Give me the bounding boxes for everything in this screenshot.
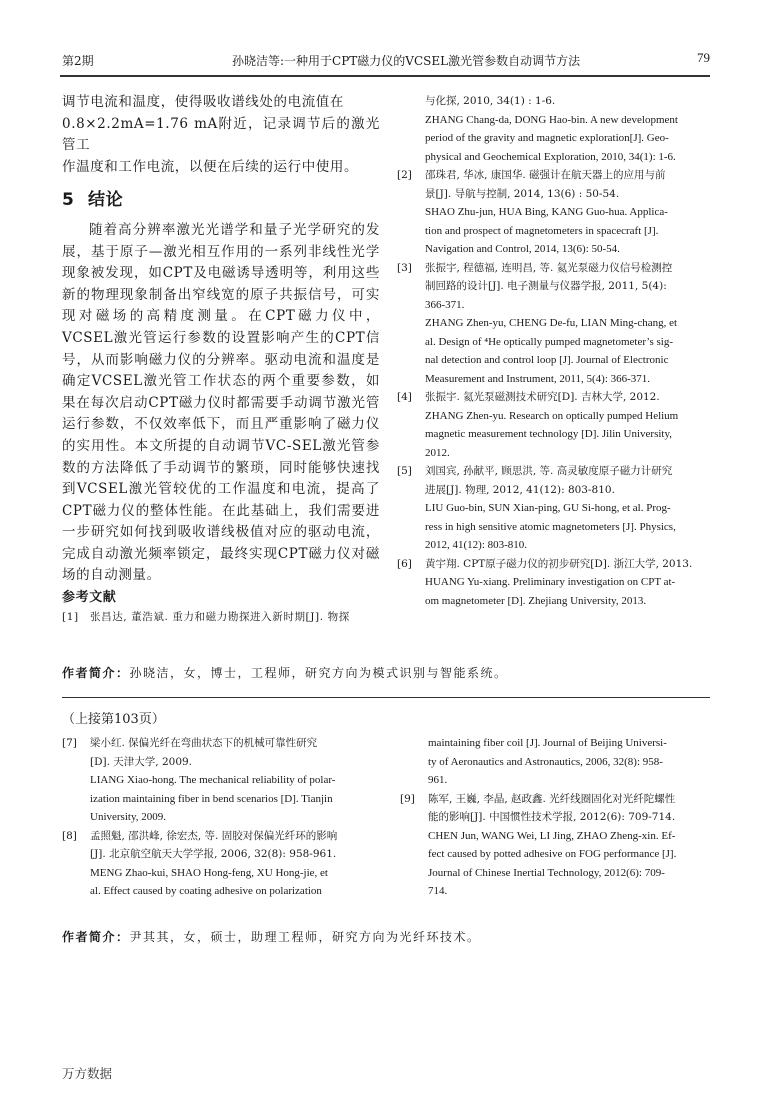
reference-item: maintaining fiber coil [J]. Journal of B… xyxy=(400,734,710,790)
section-title: 结论 xyxy=(88,190,123,210)
reference-line: ZHANG Zhen-yu. Research on optically pum… xyxy=(425,407,710,426)
author-bio-label: 作者简介： xyxy=(62,930,130,944)
reference-tag: [9] xyxy=(400,790,415,809)
reference-line: HUANG Yu-xiang. Preliminary investigatio… xyxy=(425,573,710,592)
author-bio-text: 孙晓洁，女，博士，工程师，研究方向为模式识别与智能系统。 xyxy=(130,666,508,680)
reference-line: CHEN Jun, WANG Wei, LI Jing, ZHAO Zheng-… xyxy=(428,827,710,846)
reference-item: [3] 张振宇, 程德福, 连明昌, 等. 氦光泵磁力仪信号检测控 制回路的设计… xyxy=(397,259,710,389)
reference-line: 2012. xyxy=(425,444,710,463)
lower-right-references: maintaining fiber coil [J]. Journal of B… xyxy=(400,734,710,901)
author-bio: 作者简介：尹其其，女，硕士，助理工程师，研究方向为光纤环技术。 xyxy=(62,928,712,945)
author-bio-label: 作者简介： xyxy=(62,666,130,680)
reference-line: 714. xyxy=(428,882,710,901)
reference-line: maintaining fiber coil [J]. Journal of B… xyxy=(428,734,710,753)
reference-line: 陈军, 王巍, 李晶, 赵政鑫. 光纤线圈固化对光纤陀螺性 xyxy=(428,790,710,809)
reference-line: om magnetometer [D]. Zhejiang University… xyxy=(425,592,710,611)
reference-line: Navigation and Control, 2014, 13(6): 50-… xyxy=(425,240,710,259)
reference-item: 与化探, 2010, 34(1) : 1-6. ZHANG Chang-da, … xyxy=(397,92,710,166)
author-bio: 作者简介：孙晓洁，女，博士，工程师，研究方向为模式识别与智能系统。 xyxy=(62,664,712,681)
continued-note: （上接第103页） xyxy=(62,708,165,727)
reference-item: [7] 梁小红. 保偏光纤在弯曲状态下的机械可靠性研究 [D]. 天津大学, 2… xyxy=(62,734,380,827)
reference-line: 刘国宾, 孙献平, 顾思洪, 等. 高灵敏度原子磁力计研究 xyxy=(425,462,710,481)
reference-line: tion and prospect of magnetometers in sp… xyxy=(425,222,710,241)
right-column-references: 与化探, 2010, 34(1) : 1-6. ZHANG Chang-da, … xyxy=(397,92,710,610)
reference-item: [8] 孟照魁, 邵洪峰, 徐宏杰, 等. 固胶对保偏光纤环的影响 [J]. 北… xyxy=(62,827,380,901)
reference-line: [D]. 天津大学, 2009. xyxy=(90,753,380,772)
reference-line: Measurement and Instrument, 2011, 5(4): … xyxy=(425,370,710,389)
section-divider xyxy=(62,697,710,698)
reference-item: [4] 张振宇. 氦光泵磁测技术研究[D]. 吉林大学, 2012. ZHANG… xyxy=(397,388,710,462)
reference-tag: [1] xyxy=(62,608,79,627)
section-heading: 5结论 xyxy=(62,190,380,212)
left-column: 调节电流和温度，使得吸收谱线处的电流值在 0.8×2.2mA=1.76 mA附近… xyxy=(62,92,380,627)
reference-line: 张振宇. 氦光泵磁测技术研究[D]. 吉林大学, 2012. xyxy=(425,388,710,407)
running-header: 第2期 孙晓洁等:一种用于CPT磁力仪的VCSEL激光管参数自动调节方法 79 xyxy=(62,52,710,72)
reference-line: 张振宇, 程德福, 连明昌, 等. 氦光泵磁力仪信号检测控 xyxy=(425,259,710,278)
section-number: 5 xyxy=(62,190,88,212)
running-title: 孙晓洁等:一种用于CPT磁力仪的VCSEL激光管参数自动调节方法 xyxy=(232,52,592,69)
reference-line: period of the gravity and magnetic explo… xyxy=(425,129,710,148)
reference-line: ty of Aeronautics and Astronautics, 2006… xyxy=(428,753,710,772)
reference-tag: [2] xyxy=(397,166,412,185)
conclusion-paragraph: 随着高分辨率激光光谱学和量子光学研究的发展，基于原子—激光相互作用的一系列非线性… xyxy=(62,220,380,587)
reference-line: 黄宇翔. CPT原子磁力仪的初步研究[D]. 浙江大学, 2013. xyxy=(425,555,710,574)
reference-line: ization maintaining fiber in bend scenar… xyxy=(90,790,380,809)
reference-item: [1] 张昌达, 董浩斌. 重力和磁力勘探进入新时期[J]. 物探 xyxy=(62,608,380,627)
reference-line: Journal of Chinese Inertial Technology, … xyxy=(428,864,710,883)
reference-line: University, 2009. xyxy=(90,808,380,827)
reference-item: [2] 邵珠君, 华冰, 康国华. 磁强计在航天器上的应用与前 景[J]. 导航… xyxy=(397,166,710,259)
reference-line: MENG Zhao-kui, SHAO Hong-feng, XU Hong-j… xyxy=(90,864,380,883)
author-bio-text: 尹其其，女，硕士，助理工程师，研究方向为光纤环技术。 xyxy=(130,930,481,944)
reference-item: [9] 陈军, 王巍, 李晶, 赵政鑫. 光纤线圈固化对光纤陀螺性 能的影响[J… xyxy=(400,790,710,901)
reference-line: SHAO Zhu-jun, HUA Bing, KANG Guo-hua. Ap… xyxy=(425,203,710,222)
reference-line: al. Effect caused by coating adhesive on… xyxy=(90,882,380,901)
reference-line: ZHANG Zhen-yu, CHENG De-fu, LIAN Ming-ch… xyxy=(425,314,710,333)
reference-tag: [3] xyxy=(397,259,412,278)
reference-line: 邵珠君, 华冰, 康国华. 磁强计在航天器上的应用与前 xyxy=(425,166,710,185)
reference-line: [J]. 北京航空航天大学学报, 2006, 32(8): 958-961. xyxy=(90,845,380,864)
reference-line: 景[J]. 导航与控制, 2014, 13(6) : 50-54. xyxy=(425,185,710,204)
reference-line: 进展[J]. 物理, 2012, 41(12): 803-810. xyxy=(425,481,710,500)
reference-line: al. Design of ⁴He optically pumped magne… xyxy=(425,333,710,352)
reference-line: 2012, 41(12): 803-810. xyxy=(425,536,710,555)
reference-line: 961. xyxy=(428,771,710,790)
watermark: 万方数据 xyxy=(62,1064,112,1082)
reference-line: nal detection and control loop [J]. Jour… xyxy=(425,351,710,370)
reference-tag: [6] xyxy=(397,555,412,574)
reference-line: 能的影响[J]. 中国惯性技术学报, 2012(6): 709-714. xyxy=(428,808,710,827)
issue-number: 第2期 xyxy=(62,52,94,69)
reference-line: 制回路的设计[J]. 电子测量与仪器学报, 2011, 5(4): xyxy=(425,277,710,296)
reference-line: 与化探, 2010, 34(1) : 1-6. xyxy=(425,92,710,111)
page-number: 79 xyxy=(697,50,710,66)
header-rule xyxy=(60,75,710,77)
reference-line: ZHANG Chang-da, DONG Hao-bin. A new deve… xyxy=(425,111,710,130)
reference-tag: [5] xyxy=(397,462,412,481)
reference-line: 366-371. xyxy=(425,296,710,315)
reference-item: [6] 黄宇翔. CPT原子磁力仪的初步研究[D]. 浙江大学, 2013. H… xyxy=(397,555,710,611)
reference-line: LIANG Xiao-hong. The mechanical reliabil… xyxy=(90,771,380,790)
reference-line: 张昌达, 董浩斌. 重力和磁力勘探进入新时期[J]. 物探 xyxy=(90,608,380,627)
intro-line: 0.8×2.2mA=1.76 mA附近，记录调节后的激光管工 xyxy=(62,114,380,157)
lower-left-references: [7] 梁小红. 保偏光纤在弯曲状态下的机械可靠性研究 [D]. 天津大学, 2… xyxy=(62,734,380,901)
intro-line: 作温度和工作电流，以便在后续的运行中使用。 xyxy=(62,157,380,179)
reference-tag: [4] xyxy=(397,388,412,407)
reference-line: fect caused by potted adhesive on FOG pe… xyxy=(428,845,710,864)
reference-line: ress in high sensitive atomic magnetomet… xyxy=(425,518,710,537)
reference-line: physical and Geochemical Exploration, 20… xyxy=(425,148,710,167)
reference-tag: [8] xyxy=(62,827,77,846)
reference-line: LIU Guo-bin, SUN Xian-ping, GU Si-hong, … xyxy=(425,499,710,518)
intro-line: 调节电流和温度，使得吸收谱线处的电流值在 xyxy=(62,92,380,114)
reference-item: [5] 刘国宾, 孙献平, 顾思洪, 等. 高灵敏度原子磁力计研究 进展[J].… xyxy=(397,462,710,555)
references-heading: 参考文献 xyxy=(62,587,380,608)
reference-tag: [7] xyxy=(62,734,77,753)
reference-line: 孟照魁, 邵洪峰, 徐宏杰, 等. 固胶对保偏光纤环的影响 xyxy=(90,827,380,846)
reference-line: magnetic measurement technology [D]. Jil… xyxy=(425,425,710,444)
reference-line: 梁小红. 保偏光纤在弯曲状态下的机械可靠性研究 xyxy=(90,734,380,753)
